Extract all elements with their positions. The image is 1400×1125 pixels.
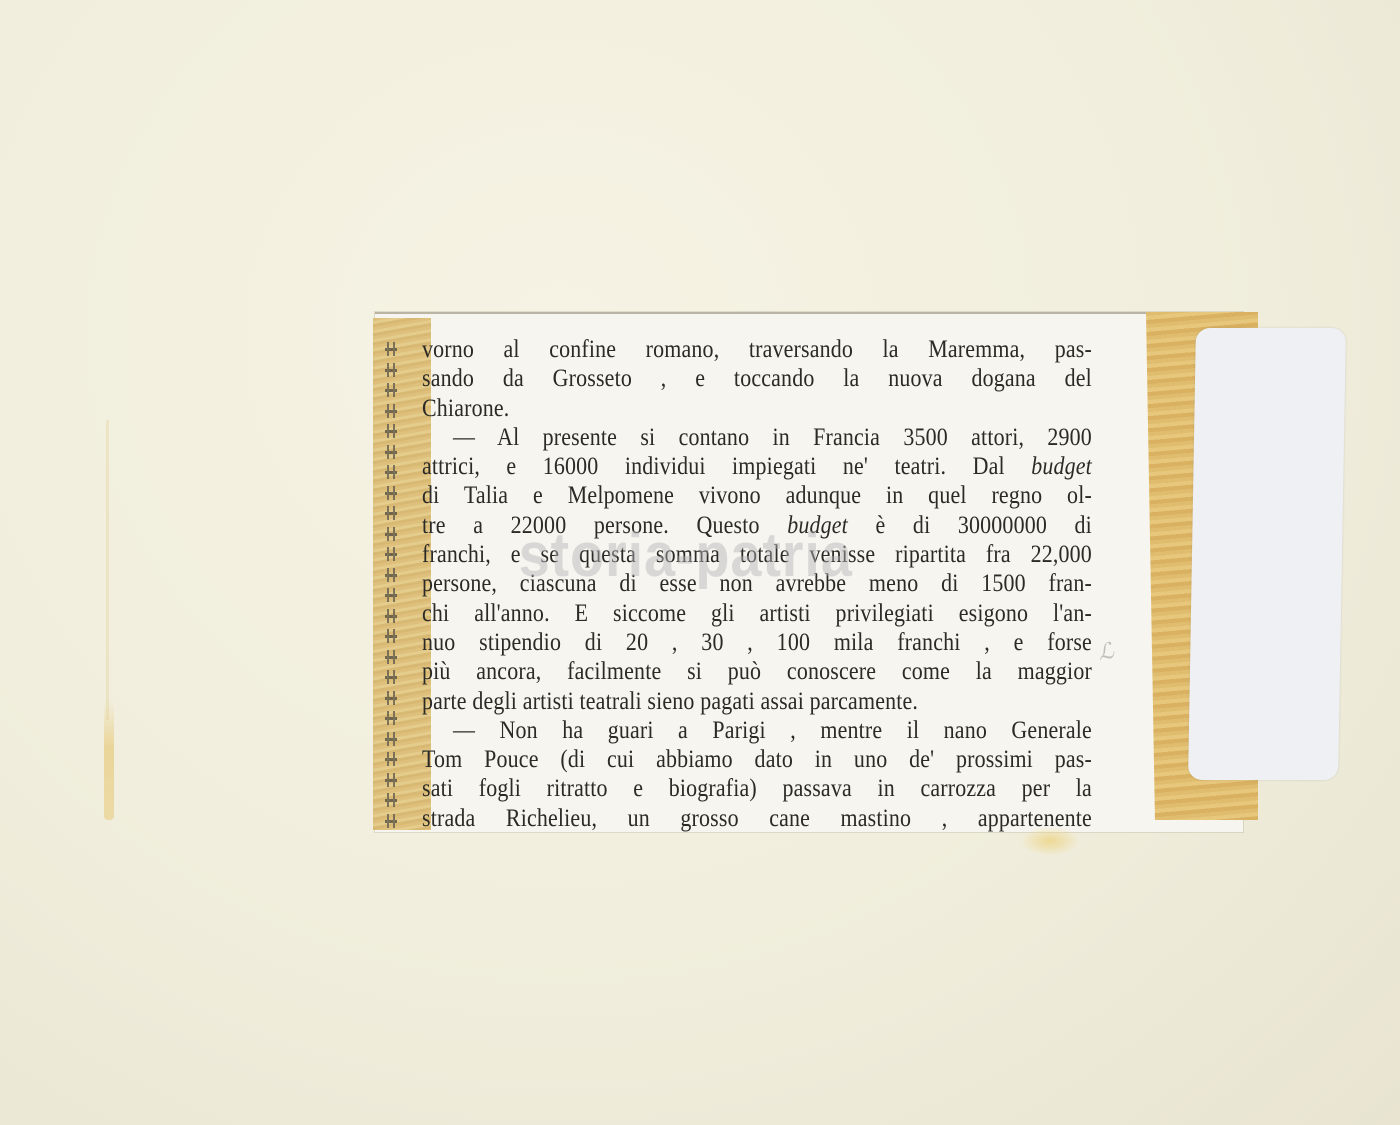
ornamental-border xyxy=(376,342,406,828)
text-line: nuo stipendio di 20 , 30 , 100 mila fran… xyxy=(422,627,1092,656)
white-label-sticker xyxy=(1188,328,1346,780)
text-line: sati fogli ritratto e biografia) passava… xyxy=(422,773,1092,802)
text-line: più ancora, facilmente si può conoscere … xyxy=(422,656,1092,685)
text-line: sando da Grosseto , e toccando la nuova … xyxy=(422,363,1092,392)
text-line: Chiarone. xyxy=(422,393,1092,422)
text-line: Tom Pouce (di cui abbiamo dato in uno de… xyxy=(422,744,1092,773)
page-stain xyxy=(104,700,114,820)
bottom-stain xyxy=(1020,826,1080,856)
text-line: — Al presente si contano in Francia 3500… xyxy=(422,422,1092,451)
watermark: storia-patria xyxy=(519,520,853,591)
text-line: chi all'anno. E siccome gli artisti priv… xyxy=(422,598,1092,627)
text-line: di Talia e Melpomene vivono adunque in q… xyxy=(422,480,1092,509)
text-line: vorno al confine romano, traversando la … xyxy=(422,334,1092,363)
page-stain-line xyxy=(106,420,109,720)
text-line: attrici, e 16000 individui impiegati ne'… xyxy=(422,451,1092,480)
text-line: parte degli artisti teatrali sieno pagat… xyxy=(422,686,1092,715)
text-line: strada Richelieu, un grosso cane mastino… xyxy=(422,803,1092,832)
text-line: — Non ha guari a Parigi , mentre il nano… xyxy=(422,715,1092,744)
